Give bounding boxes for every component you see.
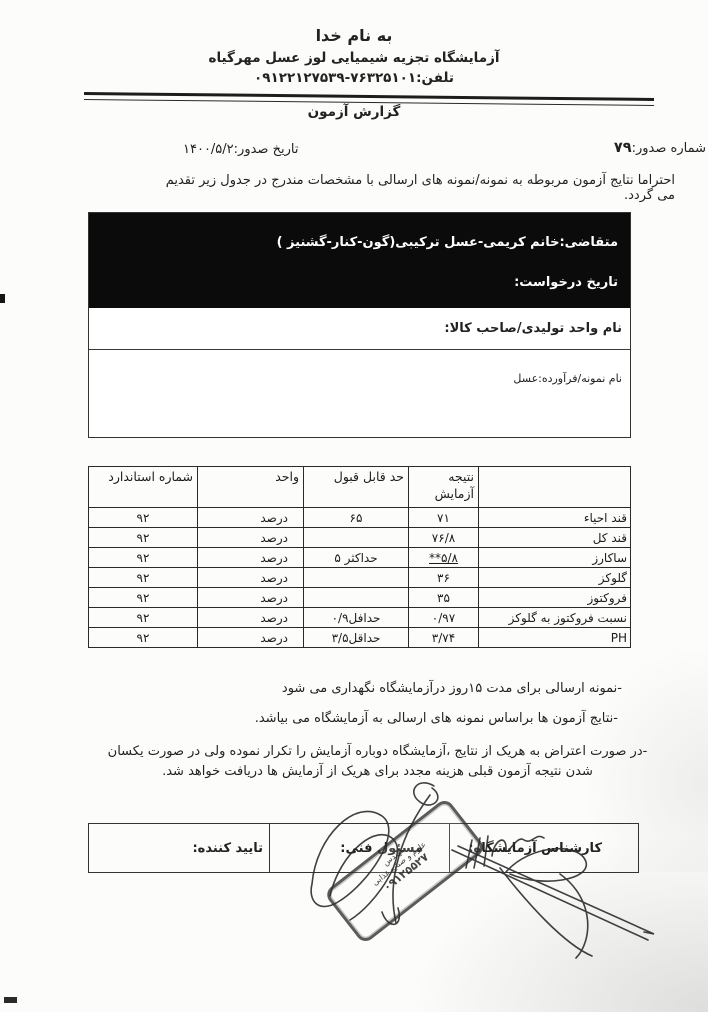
unit-cell: درصد [198,548,304,568]
intro-paragraph: احتراما نتایج آزمون مربوطه به نمونه/نمون… [150,173,675,203]
approver-cell: تایید کننده: [89,824,269,872]
parameter-cell: فروکتوز [479,588,631,608]
result-cell: **۵/۸ [409,548,479,568]
limit-cell: حداکثر ۵ [304,548,409,568]
issue-number-line: شماره صدور:۷۹ [606,140,706,156]
table-row: فروکتوز ۳۵ درصد ۹۲ [89,588,631,608]
header-standard: شماره استاندارد [89,467,198,508]
result-cell: ۷۱ [409,508,479,528]
scan-edge-artifact [0,294,5,303]
lab-name: آزمایشگاه تجزیه شیمیایی لوز عسل مهرگیاه [0,50,708,66]
limit-cell [304,588,409,608]
parameter-cell: ساکارز [479,548,631,568]
applicant-line: متقاضی:خانم کریمی-عسل ترکیبی(گون-کنار-گش… [101,213,618,250]
standard-cell: ۹۲ [89,588,198,608]
header-unit: واحد [198,467,304,508]
parameter-cell: نسبت فروکتوز به گلوکز [479,608,631,628]
parameter-cell: قند کل [479,528,631,548]
standard-cell: ۹۲ [89,548,198,568]
results-header-row: نتیجه آزمایش حد قابل قبول واحد شماره است… [89,467,631,508]
parameter-cell: قند احیاء [479,508,631,528]
limit-cell: حدافل۰/۹ [304,608,409,628]
table-row: نسبت فروکتوز به گلوکز ۰/۹۷ حدافل۰/۹ درصد… [89,608,631,628]
request-date-label: تاریخ درخواست: [101,250,618,290]
issue-date-label: تاریخ صدور: [234,142,299,157]
scan-corner-artifact [4,997,17,1003]
result-cell: ۰/۹۷ [409,608,479,628]
unit-cell: درصد [198,628,304,648]
limit-cell: حداقل۳/۵ [304,628,409,648]
unit-cell: درصد [198,588,304,608]
lab-phone-line: تلفن:۰۹۱۲۲۱۲۷۵۳۹-۷۶۳۲۵۱۰۱ [0,70,708,86]
sample-info-box: متقاضی:خانم کریمی-عسل ترکیبی(گون-کنار-گش… [88,212,631,438]
table-row: قند احیاء ۷۱ ۶۵ درصد ۹۲ [89,508,631,528]
producer-row: نام واحد تولیدی/صاحب کالا: [89,308,630,350]
standard-cell: ۹۲ [89,508,198,528]
footnote-basis: -نتایج آزمون ها براساس نمونه های ارسالی … [255,711,618,726]
parameter-cell: گلوکز [479,568,631,588]
issue-number-value: ۷۹ [614,140,632,156]
parameter-cell: PH [479,628,631,648]
header-limit: حد قابل قبول [304,467,409,508]
standard-cell: ۹۲ [89,608,198,628]
sample-row: نام نمونه/فرآورده:عسل [89,350,630,385]
header-parameter [479,467,631,508]
standard-cell: ۹۲ [89,568,198,588]
result-cell: ۳/۷۴ [409,628,479,648]
table-row: گلوکز ۳۶ درصد ۹۲ [89,568,631,588]
result-cell: ۳۵ [409,588,479,608]
unit-cell: درصد [198,568,304,588]
results-table: نتیجه آزمایش حد قابل قبول واحد شماره است… [88,466,631,648]
table-row: ساکارز **۵/۸ حداکثر ۵ درصد ۹۲ [89,548,631,568]
issue-date-value: ۱۴۰۰/۵/۲ [183,142,234,157]
result-cell: ۳۶ [409,568,479,588]
scanned-lab-report-page: به نام خدا آزمایشگاه تجزیه شیمیایی لوز ع… [0,0,708,1012]
phone-label: تلفن: [416,70,454,86]
standard-cell: ۹۲ [89,628,198,648]
report-title: گزارش آزمون [0,104,708,120]
header-result: نتیجه آزمایش [409,467,479,508]
signature-scribbles [290,760,708,975]
unit-cell: درصد [198,528,304,548]
limit-cell [304,568,409,588]
limit-cell [304,528,409,548]
bismillah-text: به نام خدا [0,26,708,45]
footnote-storage: -نمونه ارسالی برای مدت ۱۵روز درآزمایشگاه… [282,681,622,696]
limit-cell: ۶۵ [304,508,409,528]
applicant-banner: متقاضی:خانم کریمی-عسل ترکیبی(گون-کنار-گش… [89,213,630,308]
unit-cell: درصد [198,608,304,628]
report-header: به نام خدا آزمایشگاه تجزیه شیمیایی لوز ع… [0,26,708,86]
issue-number-label: شماره صدور: [632,141,706,156]
unit-cell: درصد [198,508,304,528]
table-row: قند کل ۷۶/۸ درصد ۹۲ [89,528,631,548]
standard-cell: ۹۲ [89,528,198,548]
result-cell: ۷۶/۸ [409,528,479,548]
table-row: PH ۳/۷۴ حداقل۳/۵ درصد ۹۲ [89,628,631,648]
issue-date-line: تاریخ صدور:۱۴۰۰/۵/۲ [183,142,298,157]
phone-number: ۰۹۱۲۲۱۲۷۵۳۹-۷۶۳۲۵۱۰۱ [254,70,416,86]
